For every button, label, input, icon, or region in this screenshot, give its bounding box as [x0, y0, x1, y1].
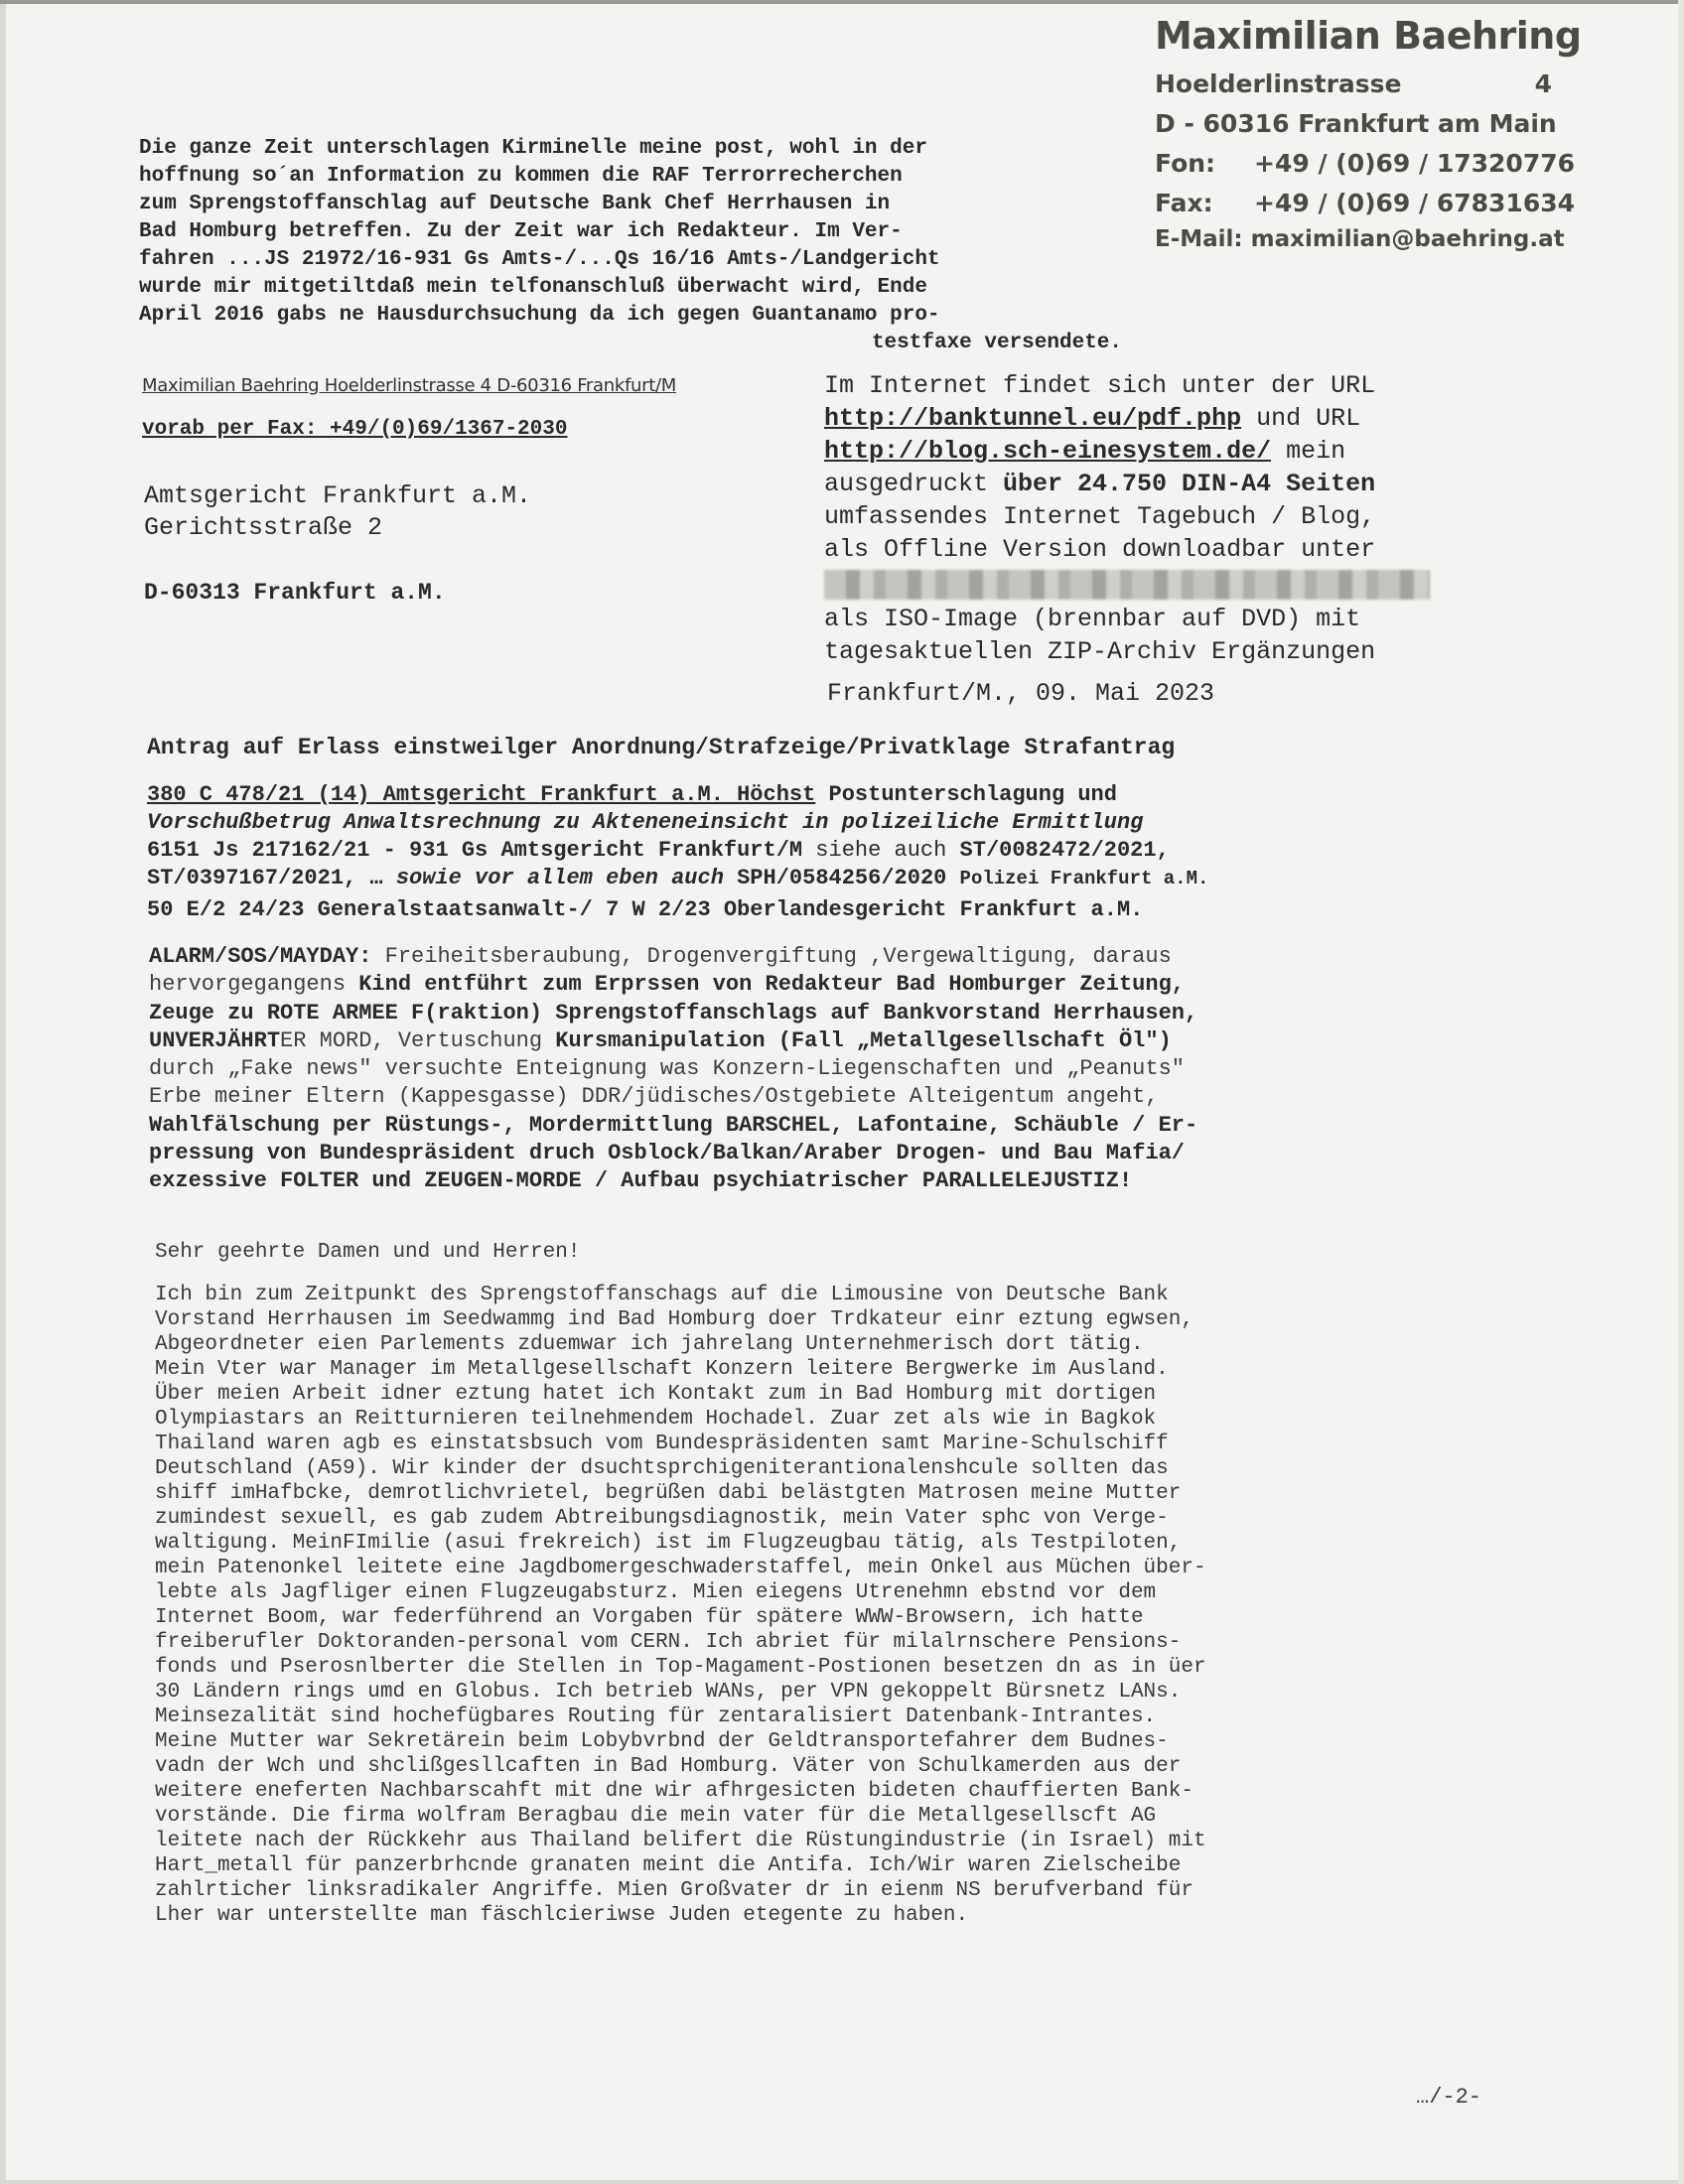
- scan-right-edge: [1678, 0, 1684, 2184]
- body-line: Lher war unterstellte man fäschlcieriwse…: [155, 1903, 1505, 1928]
- case-line-3-tail: ST/0082472/2021,: [960, 838, 1170, 863]
- intro-line: April 2016 gabs ne Hausdurchsuchung da i…: [139, 302, 1132, 330]
- case-line-4-police: Polizei Frankfurt a.M.: [960, 868, 1209, 889]
- intro-line: wurde mir mitgetiltdaß mein telfonanschl…: [139, 274, 1132, 302]
- alarm-line-4-bold: UNVERJÄHRT: [149, 1028, 280, 1053]
- internet-info-block: Im Internet findet sich unter der URL ht…: [824, 369, 1499, 668]
- body-line: Ich bin zum Zeitpunkt des Sprengstoffans…: [155, 1283, 1505, 1307]
- case-line-4-head: ST/0397167/2021, …: [147, 866, 396, 890]
- alarm-line-4: UNVERJÄHRTER MORD, Vertuschung Kursmanip…: [149, 1027, 1509, 1055]
- body-line: fonds und Pserosnlberter die Stellen in …: [155, 1655, 1505, 1680]
- case-number: 380 C 478/21 (14) Amtsgericht Frankfurt …: [147, 782, 815, 807]
- letterhead-city: D - 60316 Frankfurt am Main: [1155, 109, 1557, 138]
- alarm-label: ALARM/SOS/MAYDAY:: [149, 944, 371, 969]
- zip-line: tagesaktuellen ZIP-Archiv Ergänzungen: [824, 635, 1499, 668]
- intro-line: Die ganze Zeit unterschlagen Kirminelle …: [139, 135, 1132, 163]
- pages-line-head: ausgedruckt: [824, 470, 1003, 498]
- page-continuation: …/-2-: [1416, 2085, 1481, 2110]
- letterhead-email: E-Mail: maximilian@baehring.at: [1155, 226, 1565, 252]
- case-line-2: Vorschußbetrug Anwaltsrechnung zu Aktene…: [147, 809, 1507, 837]
- intro-line: fahren ...JS 21972/16-931 Gs Amts-/...Qs…: [139, 246, 1132, 274]
- url-line-1: http://banktunnel.eu/pdf.php und URL: [824, 402, 1499, 435]
- intro-line: testfaxe versendete.: [139, 330, 1132, 357]
- case-line-1-tail: Postunterschlagung und: [815, 782, 1117, 807]
- body-line: Hart_metall für panzerbrhcnde granaten m…: [155, 1853, 1505, 1878]
- body-line: Über meien Arbeit idner eztung hatet ich…: [155, 1382, 1505, 1407]
- pages-count: über 24.750 DIN-A4 Seiten: [1003, 470, 1375, 498]
- internet-intro-line: Im Internet findet sich unter der URL: [824, 369, 1499, 402]
- case-line-5: 50 E/2 24/23 Generalstaatsanwalt-/ 7 W 2…: [147, 896, 1507, 924]
- intro-line: Bad Homburg betreffen. Zu der Zeit war i…: [139, 218, 1132, 246]
- alarm-line-7: Wahlfälschung per Rüstungs-, Mordermittl…: [149, 1112, 1509, 1140]
- body-line: Mein Vter war Manager im Metallgesellsch…: [155, 1357, 1505, 1382]
- recipient-line: Amtsgericht Frankfurt a.M.: [144, 480, 531, 512]
- intro-line: hoffnung so´an Information zu kommen die…: [139, 163, 1132, 191]
- alarm-line-3: Zeuge zu ROTE ARMEE F(raktion) Sprengsto…: [149, 1000, 1509, 1027]
- recipient-address: Amtsgericht Frankfurt a.M. Gerichtsstraß…: [144, 480, 531, 544]
- alarm-paragraph: ALARM/SOS/MAYDAY: Freiheitsberaubung, Dr…: [149, 943, 1509, 1196]
- subject-line: Antrag auf Erlass einstweilger Anordnung…: [147, 735, 1175, 760]
- body-line: Meine Mutter war Sekretärein beim Lobybv…: [155, 1729, 1505, 1754]
- body-line: Thailand waren agb es einstatsbsuch vom …: [155, 1432, 1505, 1456]
- body-line: Olympiastars an Reitturnieren teilnehmen…: [155, 1407, 1505, 1432]
- alarm-line-6: Erbe meiner Eltern (Kappesgasse) DDR/jüd…: [149, 1083, 1509, 1111]
- case-line-4-tail: SPH/0584256/2020: [724, 866, 960, 890]
- fax-label: Fax:: [1155, 189, 1254, 217]
- case-references: 380 C 478/21 (14) Amtsgericht Frankfurt …: [147, 781, 1507, 924]
- alarm-line-5: durch „Fake news" versuchte Enteignung w…: [149, 1055, 1509, 1083]
- letterhead-fax: Fax:+49 / (0)69 / 67831634: [1155, 189, 1575, 217]
- body-line: vorstände. Die firma wolfram Beragbau di…: [155, 1804, 1505, 1829]
- fax-number: +49 / (0)69 / 67831634: [1254, 189, 1575, 217]
- blog-line: umfassendes Internet Tagebuch / Blog,: [824, 500, 1499, 533]
- body-line: zahlrticher linksradikaler Angriffe. Mie…: [155, 1878, 1505, 1903]
- case-line-1: 380 C 478/21 (14) Amtsgericht Frankfurt …: [147, 781, 1507, 809]
- case-line-4-italic: sowie vor allem eben auch: [396, 866, 724, 890]
- greeting: Sehr geehrte Damen und und Herren!: [155, 1241, 580, 1264]
- vorab-fax-line: vorab per Fax: +49/(0)69/1367-2030: [142, 418, 567, 441]
- sender-return-line: Maximilian Baehring Hoelderlinstrasse 4 …: [142, 375, 676, 396]
- alarm-line-2: hervorgegangens Kind entführt zum Erprss…: [149, 971, 1509, 999]
- body-line: Deutschland (A59). Wir kinder der dsucht…: [155, 1456, 1505, 1481]
- letter-body: Ich bin zum Zeitpunkt des Sprengstoffans…: [155, 1283, 1505, 1928]
- case-line-3-head: 6151 Js 217162/21 - 931 Gs Amtsgericht F…: [147, 838, 802, 863]
- body-line: leitete nach der Rückkehr aus Thailand b…: [155, 1829, 1505, 1853]
- phone-number: +49 / (0)69 / 17320776: [1254, 149, 1575, 178]
- alarm-line-4-text: ER MORD, Vertuschung: [280, 1028, 555, 1053]
- alarm-line-4-bold2: Kursmanipulation (Fall „Metallgesellscha…: [555, 1028, 1172, 1053]
- alarm-line-1: ALARM/SOS/MAYDAY: Freiheitsberaubung, Dr…: [149, 943, 1509, 971]
- letterhead-house-number: 4: [1535, 69, 1552, 98]
- url-line-2: http://blog.sch-einesystem.de/ mein: [824, 435, 1499, 468]
- pages-line: ausgedruckt über 24.750 DIN-A4 Seiten: [824, 468, 1499, 500]
- body-line: vadn der Wch und shclißgesllcaften in Ba…: [155, 1754, 1505, 1779]
- alarm-line-8: pressung von Bundespräsident druch Osblo…: [149, 1140, 1509, 1167]
- intro-line: zum Sprengstoffanschlag auf Deutsche Ban…: [139, 191, 1132, 218]
- body-line: mein Patenonkel leitete eine Jagdbomerge…: [155, 1556, 1505, 1580]
- alarm-line-1-text: Freiheitsberaubung, Drogenvergiftung ,Ve…: [371, 944, 1171, 969]
- banktunnel-link[interactable]: http://banktunnel.eu/pdf.php: [824, 404, 1241, 433]
- body-line: waltigung. MeinFImilie (asui frekreich) …: [155, 1531, 1505, 1556]
- recipient-line: Gerichtsstraße 2: [144, 512, 531, 544]
- body-line: zumindest sexuell, es gab zudem Abtreibu…: [155, 1506, 1505, 1531]
- url-line-1-tail: und URL: [1241, 404, 1360, 433]
- alarm-line-2-head: hervorgegangens: [149, 972, 358, 997]
- alarm-line-9: exzessive FOLTER und ZEUGEN-MORDE / Aufb…: [149, 1167, 1509, 1195]
- body-line: weitere eneferten Nachbarscahft mit dne …: [155, 1779, 1505, 1804]
- blog-link[interactable]: http://blog.sch-einesystem.de/: [824, 437, 1271, 466]
- case-line-3: 6151 Js 217162/21 - 931 Gs Amtsgericht F…: [147, 837, 1507, 865]
- alarm-line-3-bold: Zeuge zu ROTE ARMEE F(raktion) Sprengsto…: [149, 1001, 1197, 1025]
- body-line: freiberufler Doktoranden-personal vom CE…: [155, 1630, 1505, 1655]
- body-line: Abgeordneter eien Parlements zduemwar ic…: [155, 1332, 1505, 1357]
- letterhead-phone: Fon:+49 / (0)69 / 17320776: [1155, 149, 1575, 178]
- body-line: Internet Boom, war federführend an Vorga…: [155, 1605, 1505, 1630]
- body-line: Meinsezalität sind hochefügbares Routing…: [155, 1705, 1505, 1729]
- letterhead-name: Maximilian Baehring: [1155, 14, 1582, 58]
- intro-paragraph: Die ganze Zeit unterschlagen Kirminelle …: [139, 135, 1132, 357]
- body-line: 30 Ländern rings umd en Globus. Ich betr…: [155, 1680, 1505, 1705]
- body-line: Vorstand Herrhausen im Seedwammg ind Bad…: [155, 1307, 1505, 1332]
- letterhead-street-name: Hoelderlinstrasse: [1155, 69, 1402, 98]
- case-line-4: ST/0397167/2021, … sowie vor allem eben …: [147, 865, 1507, 892]
- recipient-city: D-60313 Frankfurt a.M.: [144, 580, 446, 606]
- letter-date: Frankfurt/M., 09. Mai 2023: [827, 679, 1214, 708]
- offline-line: als Offline Version downloadbar unter: [824, 533, 1499, 566]
- letterhead-street: Hoelderlinstrasse 4: [1155, 69, 1552, 98]
- alarm-line-2-bold: Kind entführt zum Erprssen von Redakteur…: [358, 972, 1185, 997]
- case-line-3-mid: siehe auch: [802, 838, 959, 863]
- url-line-2-tail: mein: [1271, 437, 1345, 466]
- body-line: shiff imHafbcke, demrotlichvrietel, begr…: [155, 1481, 1505, 1506]
- iso-line: als ISO-Image (brennbar auf DVD) mit: [824, 603, 1499, 635]
- phone-label: Fon:: [1155, 149, 1254, 178]
- redacted-url: [824, 570, 1430, 600]
- body-line: lebte als Jagfliger einen Flugzeugabstur…: [155, 1580, 1505, 1605]
